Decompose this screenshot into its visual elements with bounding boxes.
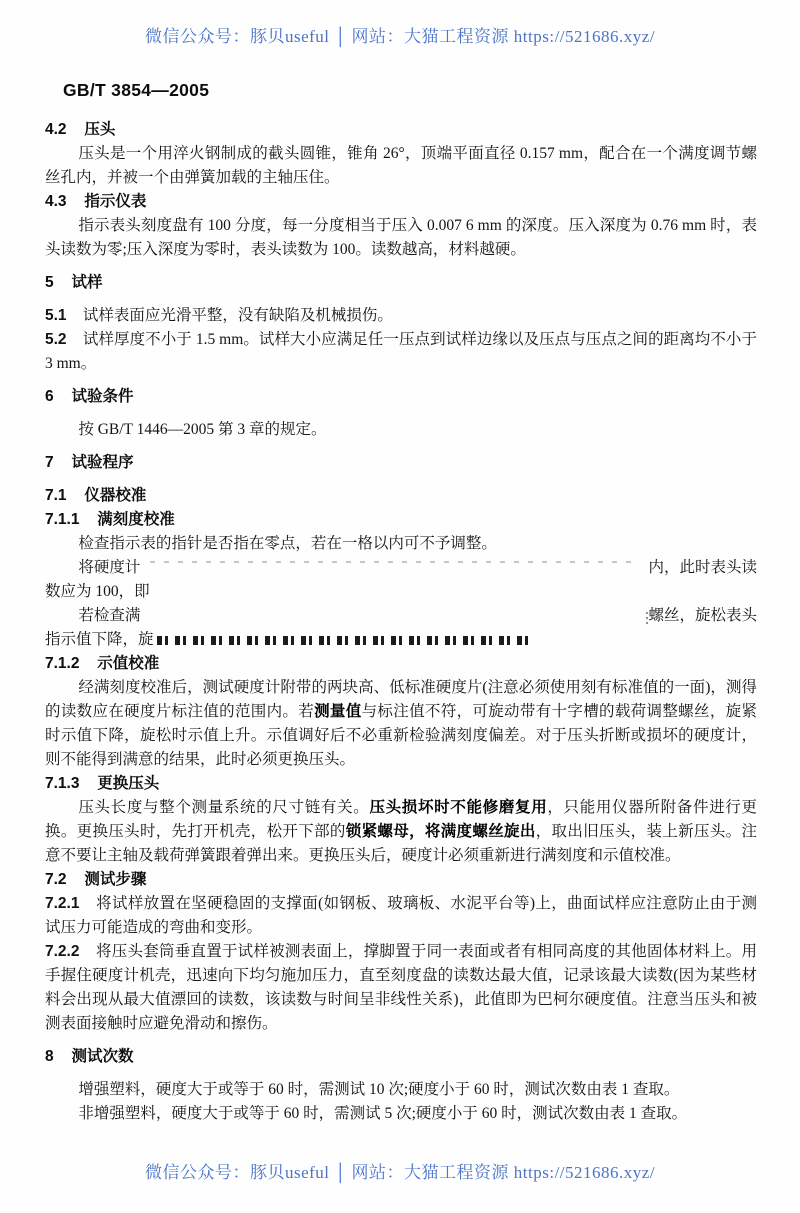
- erased-line: 将硬度计内，此时表头读: [45, 556, 757, 580]
- paragraph: 指示表头刻度盘有 100 分度，每一分度相当于压入 0.007 6 mm 的深度…: [45, 214, 757, 262]
- heading-title: 更换压头: [97, 775, 159, 792]
- heading-number: 7.2: [45, 871, 67, 888]
- paragraph: 7.2.2将压头套筒垂直置于试样被测表面上，撑脚置于同一表面或者有相同高度的其他…: [45, 940, 757, 1036]
- clause-heading: 7.1.2示值校准: [45, 652, 757, 676]
- heading-number: 4.3: [45, 193, 67, 210]
- text-segment: 若检查满: [78, 604, 140, 628]
- clause-number: 7.2.1: [45, 895, 79, 912]
- paragraph: 经满刻度校准后，测试硬度计附带的两块高、低标准硬度片(注意必须使用刻有标准值的一…: [45, 676, 757, 772]
- heading-title: 试验条件: [71, 388, 133, 405]
- text-segment: 检查指示表的指针是否指在零点，若在一格以内可不予调整。: [78, 535, 497, 552]
- watermark-top: 微信公众号：豚贝useful │ 网站：大猫工程资源 https://52168…: [0, 22, 800, 47]
- clause-heading: 5试样: [45, 271, 757, 295]
- clause-heading: 7.1.1满刻度校准: [45, 508, 757, 532]
- clause-heading: 7.2测试步骤: [45, 868, 757, 892]
- scanned-document-page: 微信公众号：豚贝useful │ 网站：大猫工程资源 https://52168…: [0, 0, 800, 1213]
- text-segment: 指示值下降，旋: [45, 628, 154, 652]
- clause-heading: 7试验程序: [45, 451, 757, 475]
- heading-number: 7.1.1: [45, 511, 79, 528]
- erased-gap: [140, 556, 648, 580]
- clause-heading: 4.2压头: [45, 118, 757, 142]
- erased-line: 指示值下降，旋: [45, 628, 757, 652]
- heading-number: 4.2: [45, 121, 67, 138]
- paragraph: 压头长度与整个测量系统的尺寸链有关。压头损坏时不能修磨复用，只能用仪器所附备件进…: [45, 796, 757, 868]
- paragraph: 5.2试样厚度不小于 1.5 mm。试样大小应满足任一压点到试样边缘以及压点与压…: [45, 328, 757, 376]
- text-segment: 将硬度计: [78, 556, 140, 580]
- document-body: 4.2压头压头是一个用淬火钢制成的截头圆锥，锥角 26°，顶端平面直径 0.15…: [45, 118, 757, 1126]
- clause-number: 5.2: [45, 331, 67, 348]
- heading-number: 7.1.2: [45, 655, 79, 672]
- erased-line: 数应为 100，即: [45, 580, 757, 604]
- text-segment: 将试样放置在坚硬稳固的支撑面(如钢板、玻璃板、水泥平台等)上，曲面试样应注意防止…: [45, 895, 757, 936]
- watermark-bottom: 微信公众号：豚贝useful │ 网站：大猫工程资源 https://52168…: [0, 1158, 800, 1183]
- erased-gap: [140, 604, 648, 628]
- heading-title: 测试次数: [71, 1048, 133, 1065]
- text-segment: 指示表头刻度盘有 100 分度，每一分度相当于压入 0.007 6 mm 的深度…: [45, 217, 757, 258]
- text-segment: 非增强塑料，硬度大于或等于 60 时，需测试 5 次;硬度小于 60 时，测试次…: [78, 1105, 687, 1122]
- heading-title: 仪器校准: [84, 487, 146, 504]
- clause-heading: 8测试次数: [45, 1045, 757, 1069]
- paragraph: 增强塑料，硬度大于或等于 60 时，需测试 10 次;硬度小于 60 时，测试次…: [45, 1078, 757, 1102]
- heading-number: 6: [45, 388, 54, 405]
- heading-number: 7.1.3: [45, 775, 79, 792]
- text-segment: 试样表面应光滑平整，没有缺陷及机械损伤。: [83, 307, 393, 324]
- heading-title: 满刻度校准: [97, 511, 175, 528]
- text-segment: 按 GB/T 1446—2005 第 3 章的规定。: [78, 421, 326, 438]
- heading-title: 压头: [84, 121, 115, 138]
- heading-title: 试样: [71, 274, 102, 291]
- text-segment: 压头长度与整个测量系统的尺寸链有关。: [78, 799, 369, 816]
- text-segment: 螺丝，旋松表头: [648, 604, 757, 628]
- text-segment: 内，此时表头读: [648, 556, 757, 580]
- heading-number: 7: [45, 454, 54, 471]
- text-segment: 增强塑料，硬度大于或等于 60 时，需测试 10 次;硬度小于 60 时，测试次…: [78, 1081, 679, 1098]
- doc-number: GB/T 3854—2005: [63, 80, 209, 101]
- paragraph: 非增强塑料，硬度大于或等于 60 时，需测试 5 次;硬度小于 60 时，测试次…: [45, 1102, 757, 1126]
- text-segment: 数应为 100，即: [45, 580, 150, 604]
- heading-number: 8: [45, 1048, 54, 1065]
- heading-title: 指示仪表: [84, 193, 146, 210]
- heading-number: 5: [45, 274, 54, 291]
- heading-number: 7.1: [45, 487, 67, 504]
- text-segment: 测量值: [314, 703, 362, 720]
- paragraph: 7.2.1将试样放置在坚硬稳固的支撑面(如钢板、玻璃板、水泥平台等)上，曲面试样…: [45, 892, 757, 940]
- heading-title: 示值校准: [97, 655, 159, 672]
- clause-heading: 4.3指示仪表: [45, 190, 757, 214]
- clause-number: 5.1: [45, 307, 67, 324]
- paragraph: 5.1试样表面应光滑平整，没有缺陷及机械损伤。: [45, 304, 757, 328]
- paragraph: 检查指示表的指针是否指在零点，若在一格以内可不予调整。: [45, 532, 757, 556]
- text-segment: 压头损坏时不能修磨复用: [369, 799, 547, 816]
- clause-heading: 7.1仪器校准: [45, 484, 757, 508]
- smudge-fragment: [157, 636, 535, 645]
- paragraph: 压头是一个用淬火钢制成的截头圆锥，锥角 26°，顶端平面直径 0.157 mm，…: [45, 142, 757, 190]
- clause-heading: 6试验条件: [45, 385, 757, 409]
- heading-title: 试验程序: [71, 454, 133, 471]
- clause-heading: 7.1.3更换压头: [45, 772, 757, 796]
- text-segment: 压头是一个用淬火钢制成的截头圆锥，锥角 26°，顶端平面直径 0.157 mm，…: [45, 145, 757, 186]
- text-segment: 锁紧螺母，将满度螺丝旋出: [346, 823, 536, 840]
- clause-number: 7.2.2: [45, 943, 79, 960]
- heading-title: 测试步骤: [84, 871, 146, 888]
- erased-line: 若检查满螺丝，旋松表头: [45, 604, 757, 628]
- text-segment: 试样厚度不小于 1.5 mm。试样大小应满足任一压点到试样边缘以及压点与压点之间…: [45, 331, 757, 372]
- paragraph: 按 GB/T 1446—2005 第 3 章的规定。: [45, 418, 757, 442]
- text-segment: 将压头套筒垂直置于试样被测表面上，撑脚置于同一表面或者有相同高度的其他固体材料上…: [45, 943, 757, 1032]
